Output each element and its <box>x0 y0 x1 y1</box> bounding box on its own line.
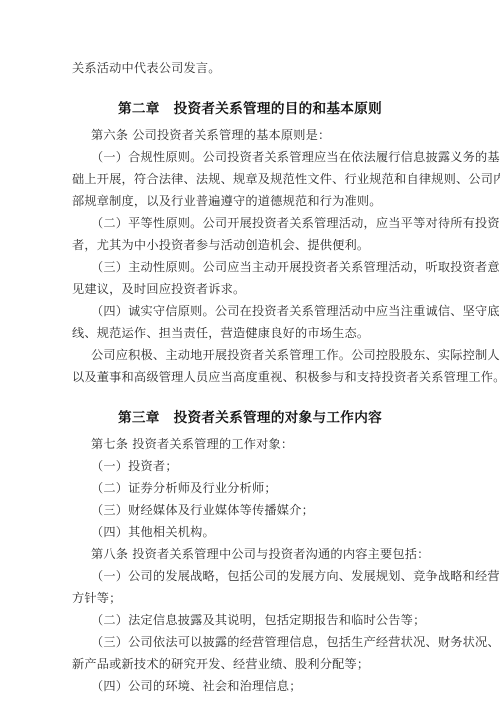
article-6-p3-line1: （三）主动性原则。公司应当主动开展投资者关系管理活动，听取投资者意 <box>91 259 424 275</box>
article-7-item-2: （二）证券分析师及行业分析师； <box>91 480 424 496</box>
document-page: 关系活动中代表公司发言。 第二章 投资者关系管理的目的和基本原则 第六条 公司投… <box>0 0 500 707</box>
article-8-item-3-line1: （三）公司依法可以披露的经营管理信息，包括生产经营状况、财务状况、 <box>91 634 424 650</box>
article-8-item-4: （四）公司的环境、社会和治理信息； <box>91 678 424 694</box>
article-6-p4-line2: 线、规范运作、担当责任，营造健康良好的市场生态。 <box>72 325 424 341</box>
article-6-p5-line1: 公司应积极、主动地开展投资者关系管理工作。公司控股股东、实际控制人 <box>91 347 424 363</box>
article-8-title: 第八条 投资者关系管理中公司与投资者沟通的内容主要包括： <box>91 546 424 562</box>
article-6-p5-line2: 以及董事和高级管理人员应当高度重视、积极参与和支持投资者关系管理工作。 <box>72 369 424 385</box>
article-6-p1-line1: （一）合规性原则。公司投资者关系管理应当在依法履行信息披露义务的基 <box>91 149 424 165</box>
article-8-item-2: （二）法定信息披露及其说明，包括定期报告和临时公告等； <box>91 612 424 628</box>
article-7-title: 第七条 投资者关系管理的工作对象： <box>91 436 424 452</box>
article-8-item-1-line1: （一）公司的发展战略，包括公司的发展方向、发展规划、竞争战略和经营 <box>91 568 424 584</box>
article-6-p4-line1: （四）诚实守信原则。公司在投资者关系管理活动中应当注重诚信、坚守底 <box>91 303 424 319</box>
article-7-item-1: （一）投资者； <box>91 458 424 474</box>
article-7-item-4: （四）其他相关机构。 <box>91 524 424 540</box>
article-6-title: 第六条 公司投资者关系管理的基本原则是： <box>91 127 424 143</box>
article-7-item-3: （三）财经媒体及行业媒体等传播媒介； <box>91 502 424 518</box>
chapter-2-heading: 第二章 投资者关系管理的目的和基本原则 <box>0 100 500 118</box>
article-6-p1-line3: 部规章制度，以及行业普遍遵守的道德规范和行为准则。 <box>72 193 424 209</box>
article-8-item-1-line2: 方针等； <box>72 590 424 606</box>
article-6-p1-line2: 础上开展，符合法律、法规、规章及规范性文件、行业规范和自律规则、公司内 <box>72 171 424 187</box>
article-6-p3-line2: 见建议，及时回应投资者诉求。 <box>72 281 424 297</box>
article-6-p2-line1: （二）平等性原则。公司开展投资者关系管理活动，应当平等对待所有投资 <box>91 215 424 231</box>
article-8-item-3-line2: 新产品或新技术的研究开发、经营业绩、股利分配等； <box>72 656 424 672</box>
article-6-p2-line2: 者，尤其为中小投资者参与活动创造机会、提供便利。 <box>72 237 424 253</box>
chapter-3-heading: 第三章 投资者关系管理的对象与工作内容 <box>0 409 500 427</box>
continuation-text: 关系活动中代表公司发言。 <box>72 60 424 76</box>
